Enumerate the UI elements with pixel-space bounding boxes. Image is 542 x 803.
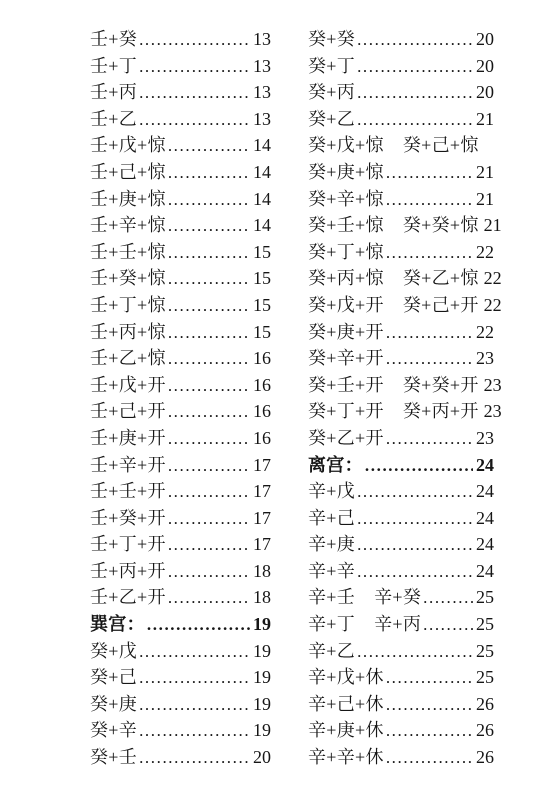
toc-entry: 癸+丙.....................................…: [308, 79, 494, 106]
dot-leader: ........................................…: [357, 54, 473, 81]
entry-label: 癸+辛+开: [308, 345, 384, 372]
entry-label-secondary: 癸+乙+惊: [403, 265, 479, 292]
page-number: 20: [253, 744, 271, 771]
toc-entry: 癸+壬+惊癸+癸+惊..............................…: [308, 212, 494, 239]
dot-leader: ........................................…: [386, 320, 473, 347]
toc-entry: 壬+丁+开...................................…: [90, 531, 271, 558]
entry-label: 癸+辛: [90, 717, 137, 744]
page-number: 22: [476, 319, 494, 346]
dot-leader: ........................................…: [168, 585, 250, 612]
entry-label: 壬+辛+惊: [90, 212, 166, 239]
page-number: 16: [253, 425, 271, 452]
page-number: 20: [476, 26, 494, 53]
page-number: 15: [253, 239, 271, 266]
entry-label-secondary: 癸+己+惊: [403, 132, 479, 159]
page-number: 22: [484, 265, 502, 292]
toc-entry: 癸+乙.....................................…: [308, 106, 494, 133]
dot-leader: ........................................…: [386, 187, 473, 214]
toc-entry: 癸+丁+惊...................................…: [308, 239, 494, 266]
dot-leader: ........................................…: [139, 27, 250, 54]
page-number: 19: [253, 638, 271, 665]
page-number: 18: [253, 584, 271, 611]
page-number: 16: [253, 372, 271, 399]
entry-label: 壬+丙+开: [90, 558, 166, 585]
entry-label: 癸+乙+开: [308, 425, 384, 452]
page-number: 14: [253, 212, 271, 239]
page-number: 26: [476, 744, 494, 771]
dot-leader: ........................................…: [168, 453, 250, 480]
dot-leader: ........................................…: [168, 187, 250, 214]
entry-label: 壬+庚+开: [90, 425, 166, 452]
dot-leader: ........................................…: [423, 585, 473, 612]
page-number: 16: [253, 345, 271, 372]
entry-label: 癸+丙+惊: [308, 265, 384, 292]
entry-label: 辛+辛+休: [308, 744, 384, 771]
entry-label: 癸+庚: [90, 691, 137, 718]
toc-entry: 辛+戊+休...................................…: [308, 664, 494, 691]
dot-leader: ........................................…: [168, 240, 250, 267]
dot-leader: ........................................…: [168, 559, 250, 586]
dot-leader: ........................................…: [357, 532, 473, 559]
page-number: 13: [253, 79, 271, 106]
toc-entry: 壬+乙+惊...................................…: [90, 345, 271, 372]
entry-label-secondary: 辛+丙: [374, 611, 421, 638]
dot-leader: ........................................…: [357, 80, 473, 107]
toc-entry: 壬+戊+惊...................................…: [90, 132, 271, 159]
page-number: 15: [253, 292, 271, 319]
entry-label: 壬+癸+开: [90, 505, 166, 532]
toc-entry: 壬+丙.....................................…: [90, 79, 271, 106]
dot-leader: ........................................…: [139, 692, 250, 719]
entry-label: 壬+丙+惊: [90, 319, 166, 346]
toc-entry: 癸+庚+惊...................................…: [308, 159, 494, 186]
page-number: 20: [476, 79, 494, 106]
dot-leader: ........................................…: [357, 506, 473, 533]
toc-entry: 壬+丙+开...................................…: [90, 558, 271, 585]
page-number: 18: [253, 558, 271, 585]
dot-leader: ........................................…: [139, 639, 250, 666]
toc-entry: 壬+丁+惊...................................…: [90, 292, 271, 319]
entry-label: 壬+辛+开: [90, 452, 166, 479]
entry-label: 壬+丁+惊: [90, 292, 166, 319]
entry-label: 癸+壬+开: [308, 372, 384, 399]
page-number: 23: [484, 372, 502, 399]
dot-leader: ........................................…: [168, 320, 250, 347]
page-number: 24: [476, 452, 494, 479]
entry-label: 壬+庚+惊: [90, 186, 166, 213]
dot-leader: ........................................…: [168, 133, 250, 160]
toc-entry: 壬+丁.....................................…: [90, 53, 271, 80]
toc-entry: 壬+乙+开...................................…: [90, 584, 271, 611]
page-number: 19: [253, 664, 271, 691]
toc-entry: 壬+辛+惊...................................…: [90, 212, 271, 239]
page-number: 21: [476, 186, 494, 213]
entry-label: 辛+戊: [308, 478, 355, 505]
entry-label: 辛+乙: [308, 638, 355, 665]
entry-label: 壬+癸+惊: [90, 265, 166, 292]
entry-label: 壬+丙: [90, 79, 137, 106]
entry-label-secondary: 癸+丙+开: [403, 398, 479, 425]
entry-label: 壬+壬+惊: [90, 239, 166, 266]
toc-entry: 壬+壬+开...................................…: [90, 478, 271, 505]
dot-leader: ........................................…: [357, 559, 473, 586]
entry-label: 癸+戊: [90, 638, 137, 665]
page-number: 17: [253, 505, 271, 532]
dot-leader: ........................................…: [139, 80, 250, 107]
toc-entry: 壬+乙.....................................…: [90, 106, 271, 133]
dot-leader: ........................................…: [147, 612, 250, 639]
page-number: 21: [476, 159, 494, 186]
page-number: 25: [476, 664, 494, 691]
dot-leader: ........................................…: [139, 665, 250, 692]
page-number: 14: [253, 186, 271, 213]
page-number: 25: [476, 638, 494, 665]
toc-entry: 癸+乙+开...................................…: [308, 425, 494, 452]
dot-leader: ........................................…: [365, 453, 473, 480]
toc-column-right: 癸+癸.....................................…: [308, 26, 494, 771]
entry-label: 癸+丙: [308, 79, 355, 106]
entry-label: 癸+戊+开: [308, 292, 384, 319]
entry-label: 辛+辛: [308, 558, 355, 585]
toc-entry: 辛+庚.....................................…: [308, 531, 494, 558]
entry-label: 癸+壬+惊: [308, 212, 384, 239]
dot-leader: ........................................…: [139, 718, 250, 745]
page-number: 23: [484, 398, 502, 425]
entry-label: 辛+戊+休: [308, 664, 384, 691]
toc-entry: 壬+癸+惊...................................…: [90, 265, 271, 292]
toc-entry: 壬+庚+惊...................................…: [90, 186, 271, 213]
entry-label-secondary: 癸+癸+惊: [403, 212, 479, 239]
dot-leader: ........................................…: [357, 107, 473, 134]
entry-label: 癸+丁+开: [308, 398, 384, 425]
toc-entry: 辛+庚+休...................................…: [308, 717, 494, 744]
entry-label: 癸+乙: [308, 106, 355, 133]
dot-leader: ........................................…: [168, 346, 250, 373]
entry-label: 辛+丁: [308, 611, 355, 638]
page-number: 24: [476, 505, 494, 532]
toc-column-left: 壬+癸.....................................…: [90, 26, 271, 771]
dot-leader: ........................................…: [386, 745, 473, 772]
entry-label: 壬+丁: [90, 53, 137, 80]
toc-entry: 癸+壬.....................................…: [90, 744, 271, 771]
entry-label: 壬+乙+惊: [90, 345, 166, 372]
entry-label: 壬+壬+开: [90, 478, 166, 505]
dot-leader: ........................................…: [423, 612, 473, 639]
entry-label: 壬+戊+惊: [90, 132, 166, 159]
page-number: 25: [476, 611, 494, 638]
dot-leader: ........................................…: [168, 506, 250, 533]
page-number: 17: [253, 478, 271, 505]
toc-entry: 癸+癸.....................................…: [308, 26, 494, 53]
page-number: 21: [484, 212, 502, 239]
dot-leader: ........................................…: [168, 213, 250, 240]
toc-entry: 壬+庚+开...................................…: [90, 425, 271, 452]
page-number: 24: [476, 531, 494, 558]
entry-label: 壬+戊+开: [90, 372, 166, 399]
toc-entry: 癸+辛+开...................................…: [308, 345, 494, 372]
entry-label: 壬+乙: [90, 106, 137, 133]
page-number: 22: [484, 292, 502, 319]
dot-leader: ........................................…: [386, 665, 473, 692]
dot-leader: ........................................…: [168, 293, 250, 320]
dot-leader: ........................................…: [386, 692, 473, 719]
toc-entry: 辛+己.....................................…: [308, 505, 494, 532]
page-number: 13: [253, 26, 271, 53]
toc-page: 壬+癸.....................................…: [0, 0, 542, 803]
page-number: 26: [476, 691, 494, 718]
entry-label: 壬+乙+开: [90, 584, 166, 611]
toc-entry: 癸+壬+开癸+癸+开..............................…: [308, 372, 494, 399]
toc-entry: 癸+辛+惊...................................…: [308, 186, 494, 213]
page-number: 22: [476, 239, 494, 266]
page-number: 15: [253, 319, 271, 346]
page-number: 19: [253, 611, 271, 638]
toc-entry: 壬+癸+开...................................…: [90, 505, 271, 532]
dot-leader: ........................................…: [386, 426, 473, 453]
dot-leader: ........................................…: [357, 479, 473, 506]
page-number: 26: [476, 717, 494, 744]
toc-entry: 壬+丙+惊...................................…: [90, 319, 271, 346]
toc-entry: 壬+癸.....................................…: [90, 26, 271, 53]
entry-label: 壬+己+开: [90, 398, 166, 425]
toc-entry: 壬+辛+开...................................…: [90, 452, 271, 479]
toc-entry: 癸+戊.....................................…: [90, 638, 271, 665]
toc-entry: 癸+庚+开...................................…: [308, 319, 494, 346]
toc-entry: 壬+己+惊...................................…: [90, 159, 271, 186]
dot-leader: ........................................…: [386, 718, 473, 745]
entry-label: 离宫：: [308, 452, 363, 479]
toc-entry: 癸+辛.....................................…: [90, 717, 271, 744]
page-number: 20: [476, 53, 494, 80]
dot-leader: ........................................…: [386, 240, 473, 267]
toc-entry: 癸+己.....................................…: [90, 664, 271, 691]
toc-entry: 辛+乙.....................................…: [308, 638, 494, 665]
entry-label: 壬+己+惊: [90, 159, 166, 186]
dot-leader: ........................................…: [139, 54, 250, 81]
page-number: 19: [253, 691, 271, 718]
entry-label-secondary: 癸+癸+开: [403, 372, 479, 399]
page-number: 24: [476, 558, 494, 585]
page-number: 23: [476, 425, 494, 452]
page-number: 15: [253, 265, 271, 292]
page-number: 24: [476, 478, 494, 505]
page-number: 17: [253, 531, 271, 558]
dot-leader: ........................................…: [168, 399, 250, 426]
entry-label: 辛+己+休: [308, 691, 384, 718]
entry-label: 辛+庚: [308, 531, 355, 558]
toc-entry: 辛+辛+休...................................…: [308, 744, 494, 771]
toc-entry: 癸+丁+开癸+丙+开..............................…: [308, 398, 494, 425]
entry-label: 辛+己: [308, 505, 355, 532]
entry-label: 癸+戊+惊: [308, 132, 384, 159]
entry-label: 癸+庚+惊: [308, 159, 384, 186]
toc-entry: 癸+戊+惊癸+己+惊: [308, 132, 494, 159]
dot-leader: ........................................…: [139, 745, 250, 772]
toc-entry: 辛+己+休...................................…: [308, 691, 494, 718]
dot-leader: ........................................…: [168, 160, 250, 187]
toc-entry: 离宫：.....................................…: [308, 452, 494, 479]
dot-leader: ........................................…: [386, 160, 473, 187]
page-number: 21: [476, 106, 494, 133]
entry-label: 癸+丁+惊: [308, 239, 384, 266]
toc-entry: 辛+壬辛+癸..................................…: [308, 584, 494, 611]
entry-label: 壬+癸: [90, 26, 137, 53]
dot-leader: ........................................…: [168, 532, 250, 559]
entry-label: 癸+壬: [90, 744, 137, 771]
dot-leader: ........................................…: [386, 346, 473, 373]
toc-entry: 壬+戊+开...................................…: [90, 372, 271, 399]
toc-entry: 癸+戊+开癸+己+开..............................…: [308, 292, 494, 319]
entry-label: 癸+庚+开: [308, 319, 384, 346]
toc-entry: 壬+壬+惊...................................…: [90, 239, 271, 266]
toc-entry: 辛+辛.....................................…: [308, 558, 494, 585]
toc-entry: 壬+己+开...................................…: [90, 398, 271, 425]
page-number: 25: [476, 584, 494, 611]
page-number: 19: [253, 717, 271, 744]
entry-label: 癸+己: [90, 664, 137, 691]
toc-entry: 辛+戊.....................................…: [308, 478, 494, 505]
dot-leader: ........................................…: [357, 639, 473, 666]
dot-leader: ........................................…: [168, 373, 250, 400]
dot-leader: ........................................…: [168, 266, 250, 293]
page-number: 17: [253, 452, 271, 479]
toc-entry: 辛+丁辛+丙..................................…: [308, 611, 494, 638]
page-number: 23: [476, 345, 494, 372]
entry-label: 壬+丁+开: [90, 531, 166, 558]
entry-label: 辛+壬: [308, 584, 355, 611]
entry-label: 辛+庚+休: [308, 717, 384, 744]
page-number: 14: [253, 132, 271, 159]
entry-label: 癸+丁: [308, 53, 355, 80]
page-number: 16: [253, 398, 271, 425]
page-number: 13: [253, 53, 271, 80]
dot-leader: ........................................…: [168, 479, 250, 506]
entry-label: 癸+辛+惊: [308, 186, 384, 213]
toc-entry: 癸+庚.....................................…: [90, 691, 271, 718]
toc-entry: 癸+丙+惊癸+乙+惊..............................…: [308, 265, 494, 292]
entry-label-secondary: 癸+己+开: [403, 292, 479, 319]
dot-leader: ........................................…: [168, 426, 250, 453]
entry-label: 巽宫：: [90, 611, 145, 638]
page-number: 14: [253, 159, 271, 186]
dot-leader: ........................................…: [357, 27, 473, 54]
page-number: 13: [253, 106, 271, 133]
toc-entry: 巽宫：.....................................…: [90, 611, 271, 638]
toc-entry: 癸+丁.....................................…: [308, 53, 494, 80]
dot-leader: ........................................…: [139, 107, 250, 134]
entry-label-secondary: 辛+癸: [374, 584, 421, 611]
entry-label: 癸+癸: [308, 26, 355, 53]
